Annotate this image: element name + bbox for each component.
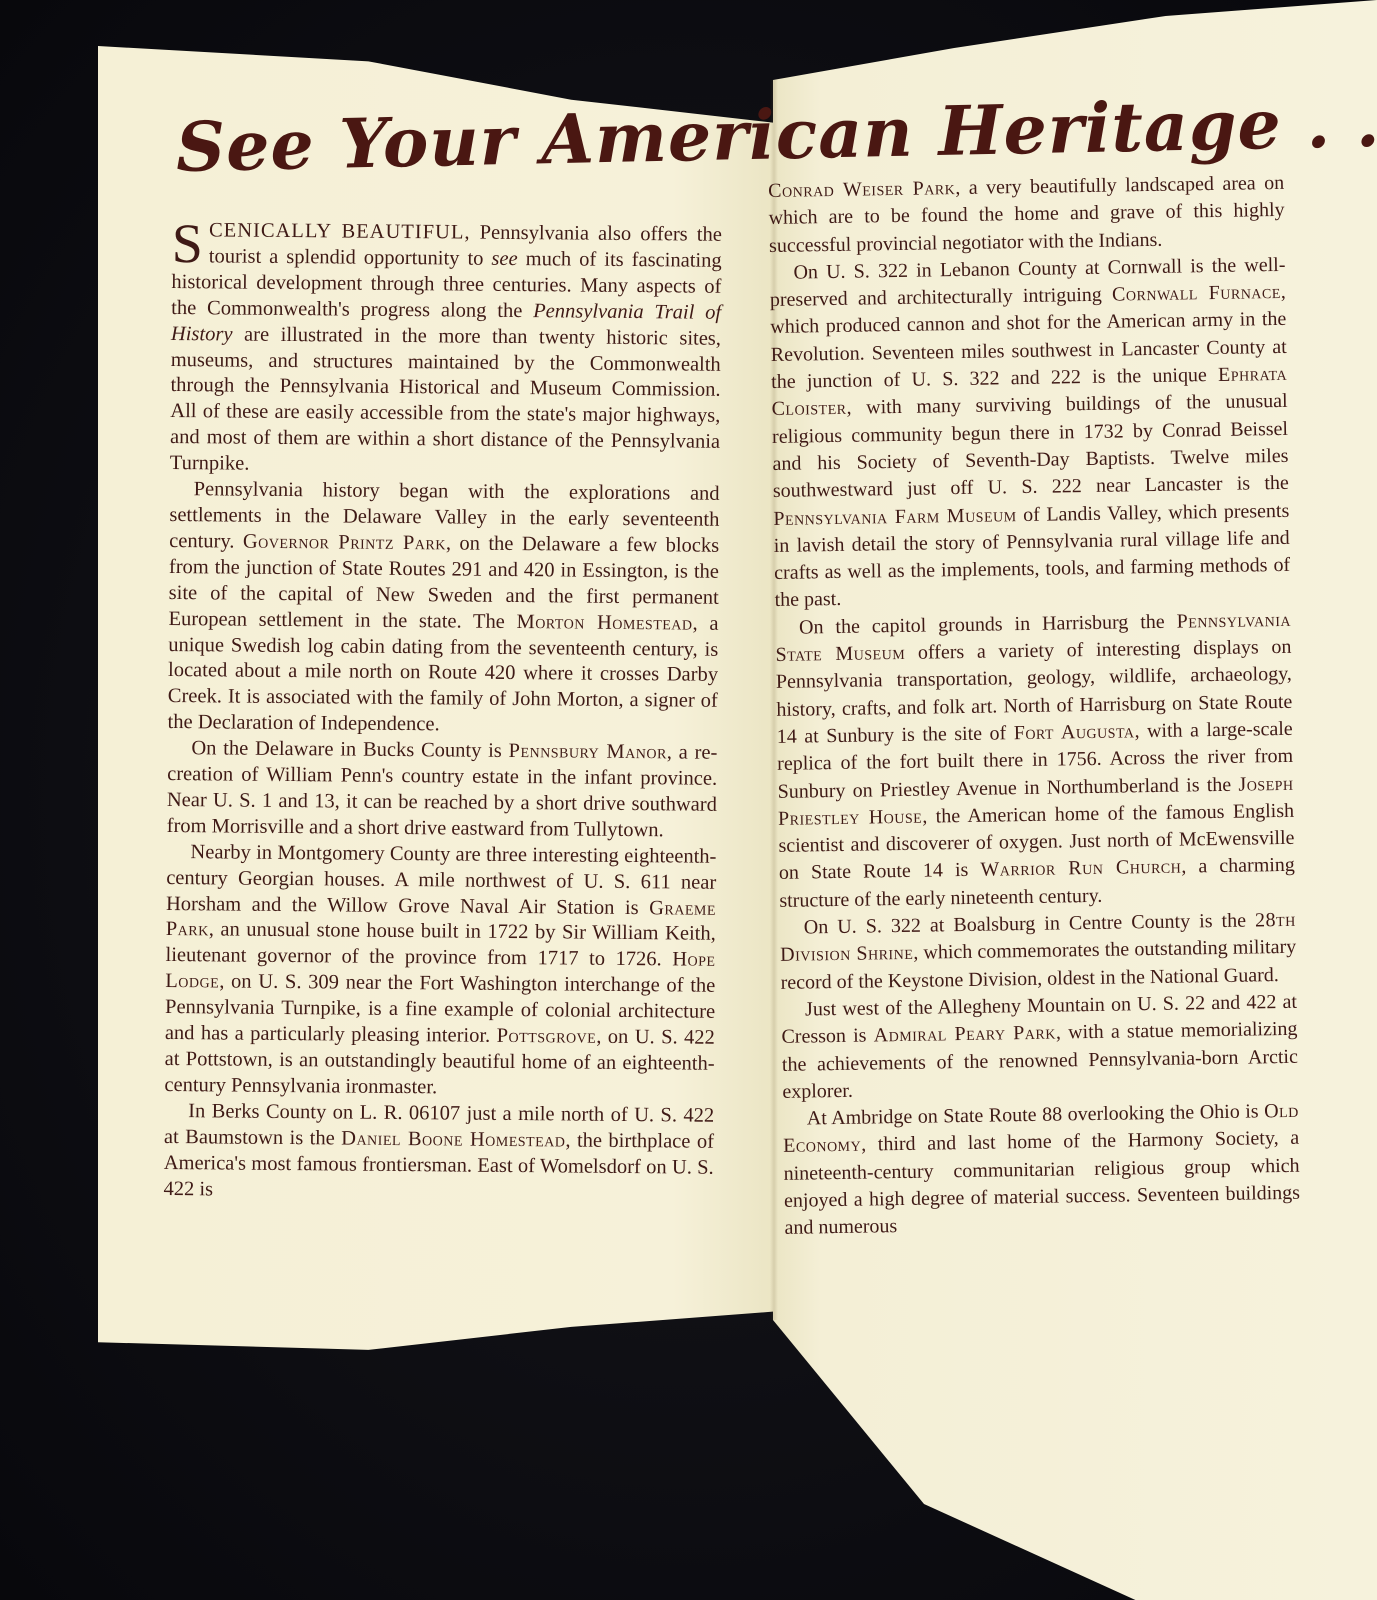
drop-cap: S [172, 222, 204, 266]
paragraph: In Berks County on L. R. 06107 just a mi… [163, 1099, 714, 1207]
paragraph: Just west of the Allegheny Mountain on U… [781, 989, 1299, 1106]
site-name: Daniel Boone Homestead [341, 1127, 565, 1151]
emphasis-text: see [491, 248, 517, 270]
body-text: , with many surviving buildings of the u… [772, 390, 1289, 502]
site-name: Pennsbury Manor [508, 740, 666, 763]
site-name: Conrad Weiser Park [768, 177, 955, 202]
paragraph: On the Delaware in Bucks County is Penns… [167, 736, 718, 844]
paragraph: Pennsylvania history began with the expl… [167, 477, 719, 741]
body-text: On U. S. 322 at Boalsburg in Centre Coun… [804, 909, 1256, 938]
site-name: Governor Printz Park [243, 531, 446, 555]
right-column: Conrad Weiser Park, a very beautifully l… [768, 170, 1301, 1243]
left-column: S CENICALLY BEAUTIFUL, Pennsylvania also… [163, 218, 722, 1207]
body-text: On the Delaware in Bucks County is [191, 737, 508, 762]
site-name: Pottsgrove [497, 1025, 597, 1048]
site-name: Pennsylvania Farm Museum [773, 504, 1017, 530]
body-text: On the capitol grounds in Harrisburg the [799, 610, 1177, 638]
paragraph: On U. S. 322 in Lebanon County at Cornwa… [769, 252, 1291, 615]
site-name: Fort Augusta [1014, 720, 1135, 744]
body-text: At Ambridge on State Route 88 overlookin… [807, 1100, 1265, 1129]
paragraph: Nearby in Montgomery County are three in… [164, 840, 716, 1104]
site-name: Cornwall Furnace [1112, 281, 1281, 306]
body-text: , an unusual stone house built in 1722 b… [165, 919, 715, 971]
body-text: Nearby in Montgomery County are three in… [166, 841, 717, 919]
lead-in: CENICALLY BEAUTIFUL, [209, 219, 471, 243]
paragraph: Conrad Weiser Park, a very beautifully l… [768, 170, 1285, 260]
site-name: Morton Homestead [516, 611, 692, 635]
site-name: Admiral Peary Park [874, 1022, 1057, 1047]
paragraph: At Ambridge on State Route 88 overlookin… [783, 1098, 1301, 1243]
paragraph: On U. S. 322 at Boalsburg in Centre Coun… [780, 907, 1297, 997]
body-text: , third and last home of the Harmony Soc… [783, 1127, 1300, 1239]
body-text: are illustrated in the more than twenty … [170, 323, 721, 475]
site-name: Warrior Run Church [980, 856, 1181, 881]
paragraph: On the capitol grounds in Harrisburg the… [775, 607, 1296, 915]
